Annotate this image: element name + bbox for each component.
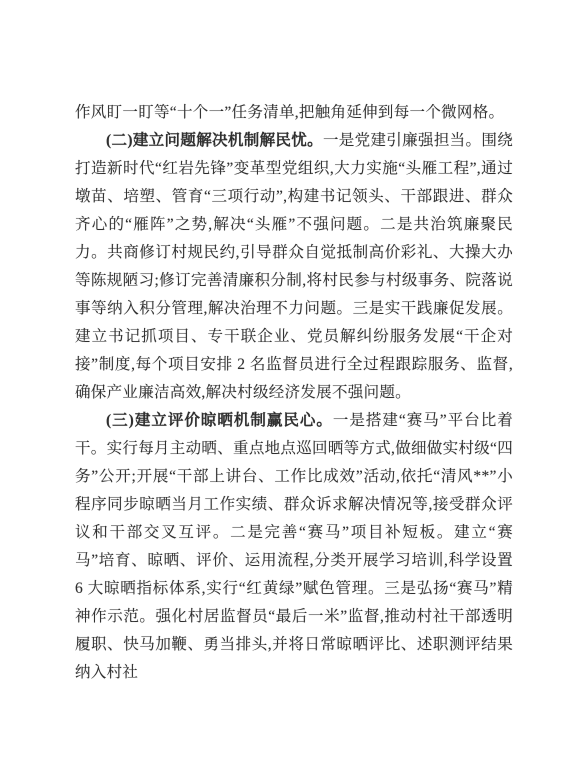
document-page: 作风盯一盯等“十个一”任务清单,把触角延伸到每一个微网格。 (二)建立问题解决机… bbox=[0, 0, 586, 759]
section-three-heading: (三)建立评价晾晒机制赢民心。 bbox=[106, 412, 333, 429]
paragraph-continuation: 作风盯一盯等“十个一”任务清单,把触角延伸到每一个微网格。 bbox=[75, 99, 513, 127]
section-two-heading: (二)建立问题解决机制解民忧。 bbox=[106, 132, 323, 149]
paragraph-section-two: (二)建立问题解决机制解民忧。一是党建引廉强担当。围绕打造新时代“红岩先锋”变革… bbox=[75, 127, 513, 407]
paragraph-section-three: (三)建立评价晾晒机制赢民心。一是搭建“赛马”平台比着干。实行每月主动晒、重点地… bbox=[75, 407, 513, 687]
document-text-block: 作风盯一盯等“十个一”任务清单,把触角延伸到每一个微网格。 (二)建立问题解决机… bbox=[75, 99, 513, 687]
paragraph-text: 一是搭建“赛马”平台比着干。实行每月主动晒、重点地点巡回晒等方式,做细做实村级“… bbox=[75, 412, 513, 681]
paragraph-text: 一是党建引廉强担当。围绕打造新时代“红岩先锋”变革型党组织,大力实施“头雁工程”… bbox=[75, 132, 513, 401]
paragraph-text: 作风盯一盯等“十个一”任务清单,把触角延伸到每一个微网格。 bbox=[75, 104, 504, 121]
